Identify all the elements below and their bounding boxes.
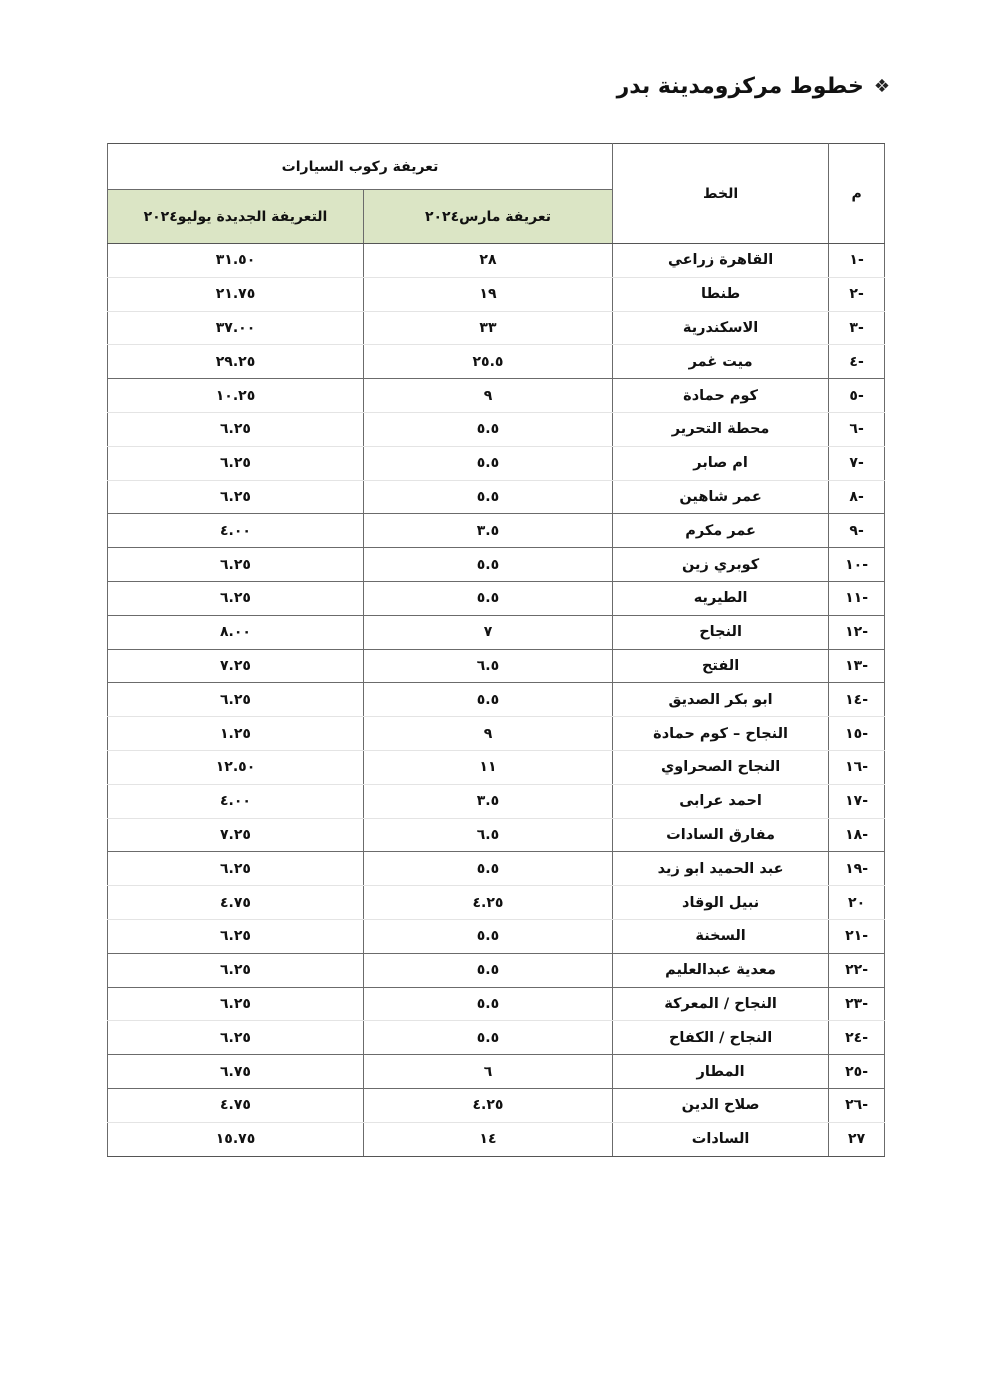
july-fare: ٦.٢٥ <box>108 683 364 717</box>
line-name: عمر شاهين <box>612 480 828 514</box>
line-name: السخنة <box>612 919 828 953</box>
fares-table: م الخط تعريفة ركوب السيارات تعريفة مارس٢… <box>107 143 885 1157</box>
table-row: -٢٥المطار٦٦.٧٥ <box>108 1055 885 1089</box>
march-fare: ٥.٥ <box>363 480 612 514</box>
row-number: -٢٤ <box>829 1021 885 1055</box>
row-number: -٤ <box>829 345 885 379</box>
july-fare: ٦.٢٥ <box>108 480 364 514</box>
table-row: -١٠كوبري زين٥.٥٦.٢٥ <box>108 548 885 582</box>
row-number: -١٠ <box>829 548 885 582</box>
table-row: ٢٧السادات١٤١٥.٧٥ <box>108 1122 885 1156</box>
line-name: معدية عبدالعليم <box>612 953 828 987</box>
march-fare: ٧ <box>363 615 612 649</box>
line-name: النجاح / الكفاح <box>612 1021 828 1055</box>
row-number: -٢٥ <box>829 1055 885 1089</box>
line-name: مفارق السادات <box>612 818 828 852</box>
table-row: ٢٠نبيل الوقاد٤.٢٥٤.٧٥ <box>108 886 885 920</box>
line-name: عمر مكرم <box>612 514 828 548</box>
july-fare: ٦.٢٥ <box>108 446 364 480</box>
header-number: م <box>829 144 885 244</box>
march-fare: ٩ <box>363 379 612 413</box>
july-fare: ٦.٢٥ <box>108 852 364 886</box>
row-number: -١١ <box>829 581 885 615</box>
table-row: -١٣الفتح٦.٥٧.٢٥ <box>108 649 885 683</box>
march-fare: ١١ <box>363 750 612 784</box>
march-fare: ٣٣ <box>363 311 612 345</box>
row-number: -١٨ <box>829 818 885 852</box>
march-fare: ٤.٢٥ <box>363 1088 612 1122</box>
july-fare: ٤.٠٠ <box>108 784 364 818</box>
july-fare: ٦.٢٥ <box>108 548 364 582</box>
line-name: الفتح <box>612 649 828 683</box>
table-row: -٢٢معدية عبدالعليم٥.٥٦.٢٥ <box>108 953 885 987</box>
line-name: كوبري زين <box>612 548 828 582</box>
march-fare: ٥.٥ <box>363 446 612 480</box>
table-row: -٤ميت غمر٢٥.٥٢٩.٢٥ <box>108 345 885 379</box>
line-name: النجاح الصحراوي <box>612 750 828 784</box>
row-number: ٢٧ <box>829 1122 885 1156</box>
row-number: -١٣ <box>829 649 885 683</box>
march-fare: ٥.٥ <box>363 953 612 987</box>
march-fare: ٥.٥ <box>363 581 612 615</box>
row-number: ٢٠ <box>829 886 885 920</box>
march-fare: ٢٥.٥ <box>363 345 612 379</box>
march-fare: ٥.٥ <box>363 412 612 446</box>
line-name: السادات <box>612 1122 828 1156</box>
row-number: -١ <box>829 244 885 278</box>
july-fare: ٤.٧٥ <box>108 1088 364 1122</box>
row-number: -٩ <box>829 514 885 548</box>
march-fare: ٥.٥ <box>363 548 612 582</box>
table-row: -٢٣النجاح / المعركة٥.٥٦.٢٥ <box>108 987 885 1021</box>
row-number: -٢٢ <box>829 953 885 987</box>
july-fare: ٦.٢٥ <box>108 919 364 953</box>
row-number: -٥ <box>829 379 885 413</box>
table-row: -١٢النجاح٧٨.٠٠ <box>108 615 885 649</box>
march-fare: ٥.٥ <box>363 683 612 717</box>
july-fare: ٣٧.٠٠ <box>108 311 364 345</box>
row-number: -١٩ <box>829 852 885 886</box>
row-number: -٢١ <box>829 919 885 953</box>
march-fare: ٦ <box>363 1055 612 1089</box>
july-fare: ٢٩.٢٥ <box>108 345 364 379</box>
line-name: ميت غمر <box>612 345 828 379</box>
line-name: كوم حمادة <box>612 379 828 413</box>
line-name: محطة التحرير <box>612 412 828 446</box>
march-fare: ٦.٥ <box>363 818 612 852</box>
row-number: -٦ <box>829 412 885 446</box>
table-row: -١٥النجاح – كوم حمادة٩١.٢٥ <box>108 717 885 751</box>
row-number: -٧ <box>829 446 885 480</box>
july-fare: ٤.٧٥ <box>108 886 364 920</box>
table-row: -٢طنطا١٩٢١.٧٥ <box>108 277 885 311</box>
line-name: المطار <box>612 1055 828 1089</box>
july-fare: ٣١.٥٠ <box>108 244 364 278</box>
table-row: -١١الطيريه٥.٥٦.٢٥ <box>108 581 885 615</box>
table-row: -٩عمر مكرم٣.٥٤.٠٠ <box>108 514 885 548</box>
diamond-bullet-icon: ❖ <box>874 76 890 97</box>
march-fare: ٤.٢٥ <box>363 886 612 920</box>
table-row: -١٦النجاح الصحراوي١١١٢.٥٠ <box>108 750 885 784</box>
table-row: -٢٤النجاح / الكفاح٥.٥٦.٢٥ <box>108 1021 885 1055</box>
march-fare: ١٤ <box>363 1122 612 1156</box>
july-fare: ١٠.٢٥ <box>108 379 364 413</box>
july-fare: ١٢.٥٠ <box>108 750 364 784</box>
line-name: النجاح <box>612 615 828 649</box>
header-fare-group: تعريفة ركوب السيارات <box>108 144 613 190</box>
row-number: -٣ <box>829 311 885 345</box>
table-row: -١٨مفارق السادات٦.٥٧.٢٥ <box>108 818 885 852</box>
line-name: القاهرة زراعي <box>612 244 828 278</box>
july-fare: ٤.٠٠ <box>108 514 364 548</box>
july-fare: ١٥.٧٥ <box>108 1122 364 1156</box>
july-fare: ٦.٢٥ <box>108 987 364 1021</box>
march-fare: ٥.٥ <box>363 987 612 1021</box>
march-fare: ٣.٥ <box>363 514 612 548</box>
line-name: احمد عرابى <box>612 784 828 818</box>
march-fare: ٦.٥ <box>363 649 612 683</box>
march-fare: ٥.٥ <box>363 852 612 886</box>
row-number: -٨ <box>829 480 885 514</box>
july-fare: ٦.٢٥ <box>108 412 364 446</box>
table-row: -٣الاسكندرية٣٣٣٧.٠٠ <box>108 311 885 345</box>
table-row: -١القاهرة زراعي٢٨٣١.٥٠ <box>108 244 885 278</box>
table-row: -٦محطة التحرير٥.٥٦.٢٥ <box>108 412 885 446</box>
line-name: الطيريه <box>612 581 828 615</box>
header-march-2024: تعريفة مارس٢٠٢٤ <box>363 190 612 244</box>
table-row: -١٧احمد عرابى٣.٥٤.٠٠ <box>108 784 885 818</box>
table-row: -٧ام صابر٥.٥٦.٢٥ <box>108 446 885 480</box>
row-number: -٢٣ <box>829 987 885 1021</box>
july-fare: ٢١.٧٥ <box>108 277 364 311</box>
table-row: -٥كوم حمادة٩١٠.٢٥ <box>108 379 885 413</box>
line-name: النجاح / المعركة <box>612 987 828 1021</box>
line-name: ام صابر <box>612 446 828 480</box>
july-fare: ٦.٢٥ <box>108 953 364 987</box>
row-number: -١٦ <box>829 750 885 784</box>
row-number: -١٤ <box>829 683 885 717</box>
table-row: -٢١السخنة٥.٥٦.٢٥ <box>108 919 885 953</box>
line-name: النجاح – كوم حمادة <box>612 717 828 751</box>
line-name: الاسكندرية <box>612 311 828 345</box>
july-fare: ٨.٠٠ <box>108 615 364 649</box>
page-title-text: خطوط مركزومدينة بدر <box>617 74 864 99</box>
july-fare: ٧.٢٥ <box>108 818 364 852</box>
table-row: -٢٦صلاح الدين٤.٢٥٤.٧٥ <box>108 1088 885 1122</box>
march-fare: ٢٨ <box>363 244 612 278</box>
row-number: -١٧ <box>829 784 885 818</box>
line-name: نبيل الوقاد <box>612 886 828 920</box>
july-fare: ٦.٢٥ <box>108 1021 364 1055</box>
header-line: الخط <box>612 144 828 244</box>
line-name: عبد الحميد ابو زيد <box>612 852 828 886</box>
march-fare: ٥.٥ <box>363 919 612 953</box>
march-fare: ٩ <box>363 717 612 751</box>
page-title: ❖ خطوط مركزومدينة بدر <box>617 74 890 99</box>
line-name: ابو بكر الصديق <box>612 683 828 717</box>
table-body: -١القاهرة زراعي٢٨٣١.٥٠-٢طنطا١٩٢١.٧٥-٣الا… <box>108 244 885 1157</box>
header-july-2024: التعريفة الجديدة يوليو٢٠٢٤ <box>108 190 364 244</box>
row-number: -١٢ <box>829 615 885 649</box>
table-row: -١٩عبد الحميد ابو زيد٥.٥٦.٢٥ <box>108 852 885 886</box>
line-name: صلاح الدين <box>612 1088 828 1122</box>
march-fare: ١٩ <box>363 277 612 311</box>
march-fare: ٣.٥ <box>363 784 612 818</box>
table-row: -٨عمر شاهين٥.٥٦.٢٥ <box>108 480 885 514</box>
row-number: -١٥ <box>829 717 885 751</box>
line-name: طنطا <box>612 277 828 311</box>
july-fare: ٦.٧٥ <box>108 1055 364 1089</box>
row-number: -٢ <box>829 277 885 311</box>
march-fare: ٥.٥ <box>363 1021 612 1055</box>
table-row: -١٤ابو بكر الصديق٥.٥٦.٢٥ <box>108 683 885 717</box>
row-number: -٢٦ <box>829 1088 885 1122</box>
july-fare: ٧.٢٥ <box>108 649 364 683</box>
july-fare: ١.٢٥ <box>108 717 364 751</box>
july-fare: ٦.٢٥ <box>108 581 364 615</box>
